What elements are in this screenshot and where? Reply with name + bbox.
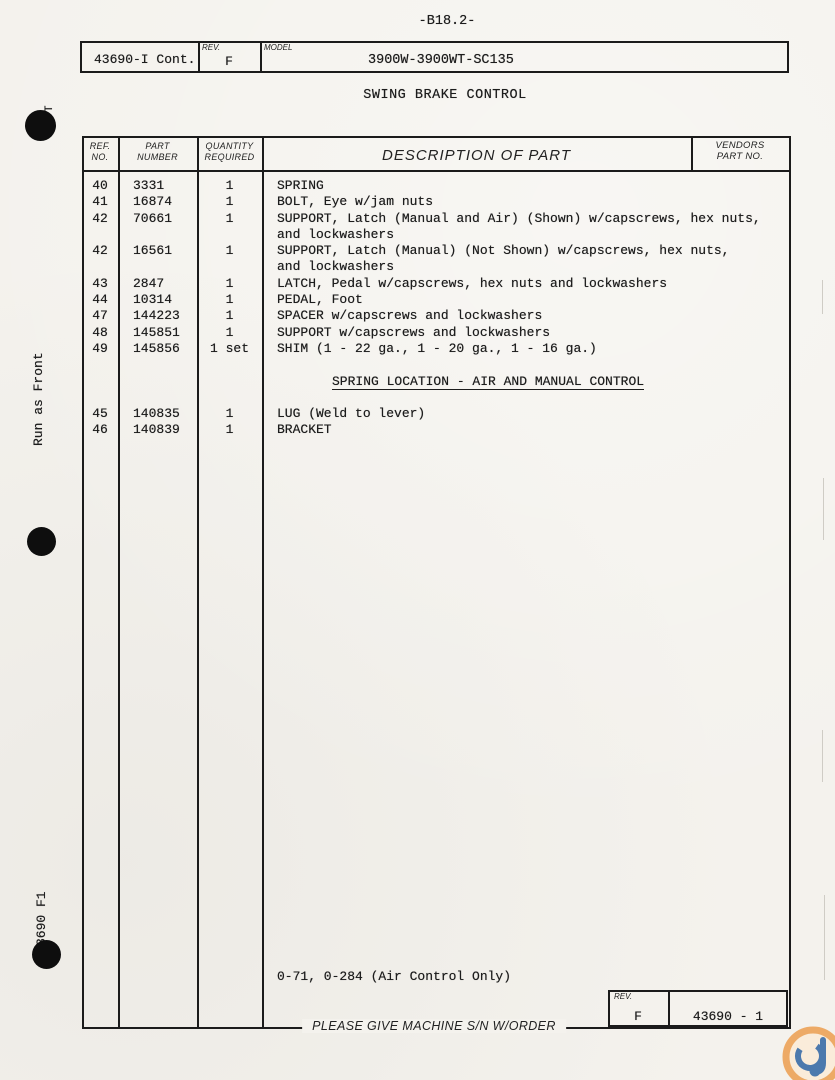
- table-row: 44103141PEDAL, Foot: [82, 292, 789, 308]
- punch-hole: [32, 940, 61, 969]
- air-control-note: 0-71, 0-284 (Air Control Only): [277, 969, 511, 984]
- section-heading-row: SPRING LOCATION - AIR AND MANUAL CONTROL: [82, 374, 789, 390]
- table-row: 41168741BOLT, Eye w/jam nuts: [82, 194, 789, 210]
- table-row: 42706611SUPPORT, Latch (Manual and Air) …: [82, 211, 789, 227]
- punch-hole: [25, 110, 56, 141]
- table-top-border: [82, 136, 791, 138]
- col-header-vendors: VENDORS PART NO.: [691, 141, 789, 162]
- model-value: 3900W-3900WT-SC135: [368, 53, 514, 68]
- table-row: 4328471LATCH, Pedal w/capscrews, hex nut…: [82, 276, 789, 292]
- doc-number: 43690-I Cont.: [94, 52, 195, 67]
- table-row: 491458561 setSHIM (1 - 22 ga., 1 - 20 ga…: [82, 341, 789, 357]
- table-header-border: [82, 170, 791, 172]
- scan-artifact: [822, 280, 823, 314]
- table-right-border: [789, 136, 791, 1029]
- table-row: 4033311SPRING: [82, 178, 789, 194]
- table-row: 451408351LUG (Weld to lever): [82, 406, 789, 422]
- table-row: 471442231SPACER w/capscrews and lockwash…: [82, 308, 789, 324]
- col-header-ref: REF. NO.: [82, 141, 118, 162]
- table-row: 461408391BRACKET: [82, 422, 789, 438]
- page-title: SWING BRAKE CONTROL: [363, 88, 526, 103]
- table-row: 42165611SUPPORT, Latch (Manual) (Not Sho…: [82, 243, 789, 259]
- table-row: 481458511SUPPORT w/capscrews and lockwas…: [82, 325, 789, 341]
- crane-logo: [782, 1026, 835, 1080]
- doc-header-divider: [260, 41, 262, 73]
- order-note: PLEASE GIVE MACHINE S/N W/ORDER: [302, 1019, 566, 1033]
- table-row-continuation: and lockwashers: [82, 259, 789, 275]
- col-header-description: DESCRIPTION OF PART: [262, 147, 691, 164]
- model-label: MODEL: [264, 43, 292, 52]
- punch-hole: [27, 527, 56, 556]
- footer-rev-value: F: [608, 1009, 668, 1024]
- scanned-parts-list-page: -B18.2- 43690-I Cont. REV. F MODEL 3900W…: [0, 0, 835, 1080]
- table-row-continuation: and lockwashers: [82, 227, 789, 243]
- footer-rev-label: REV.: [614, 992, 632, 1001]
- run-as-front-note: Run as Front: [31, 352, 46, 446]
- rev-label: REV.: [202, 43, 220, 52]
- rev-value: F: [198, 54, 260, 69]
- col-header-qty: QUANTITY REQUIRED: [197, 141, 262, 162]
- footer-drawing-number: 43690 - 1: [668, 1009, 788, 1024]
- scan-artifact: [824, 895, 825, 980]
- blank-row: [82, 390, 789, 406]
- scan-artifact: [823, 478, 824, 540]
- section-heading: SPRING LOCATION - AIR AND MANUAL CONTROL: [332, 374, 644, 390]
- page-folio: -B18.2-: [419, 14, 476, 29]
- scan-artifact: [822, 730, 823, 782]
- blank-row: [82, 357, 789, 373]
- crane-hook-icon: [782, 1026, 835, 1080]
- col-header-part: PART NUMBER: [118, 141, 197, 162]
- parts-table-body: 4033311SPRING 41168741BOLT, Eye w/jam nu…: [82, 178, 789, 439]
- film-code-note: 3690 F1: [34, 891, 49, 946]
